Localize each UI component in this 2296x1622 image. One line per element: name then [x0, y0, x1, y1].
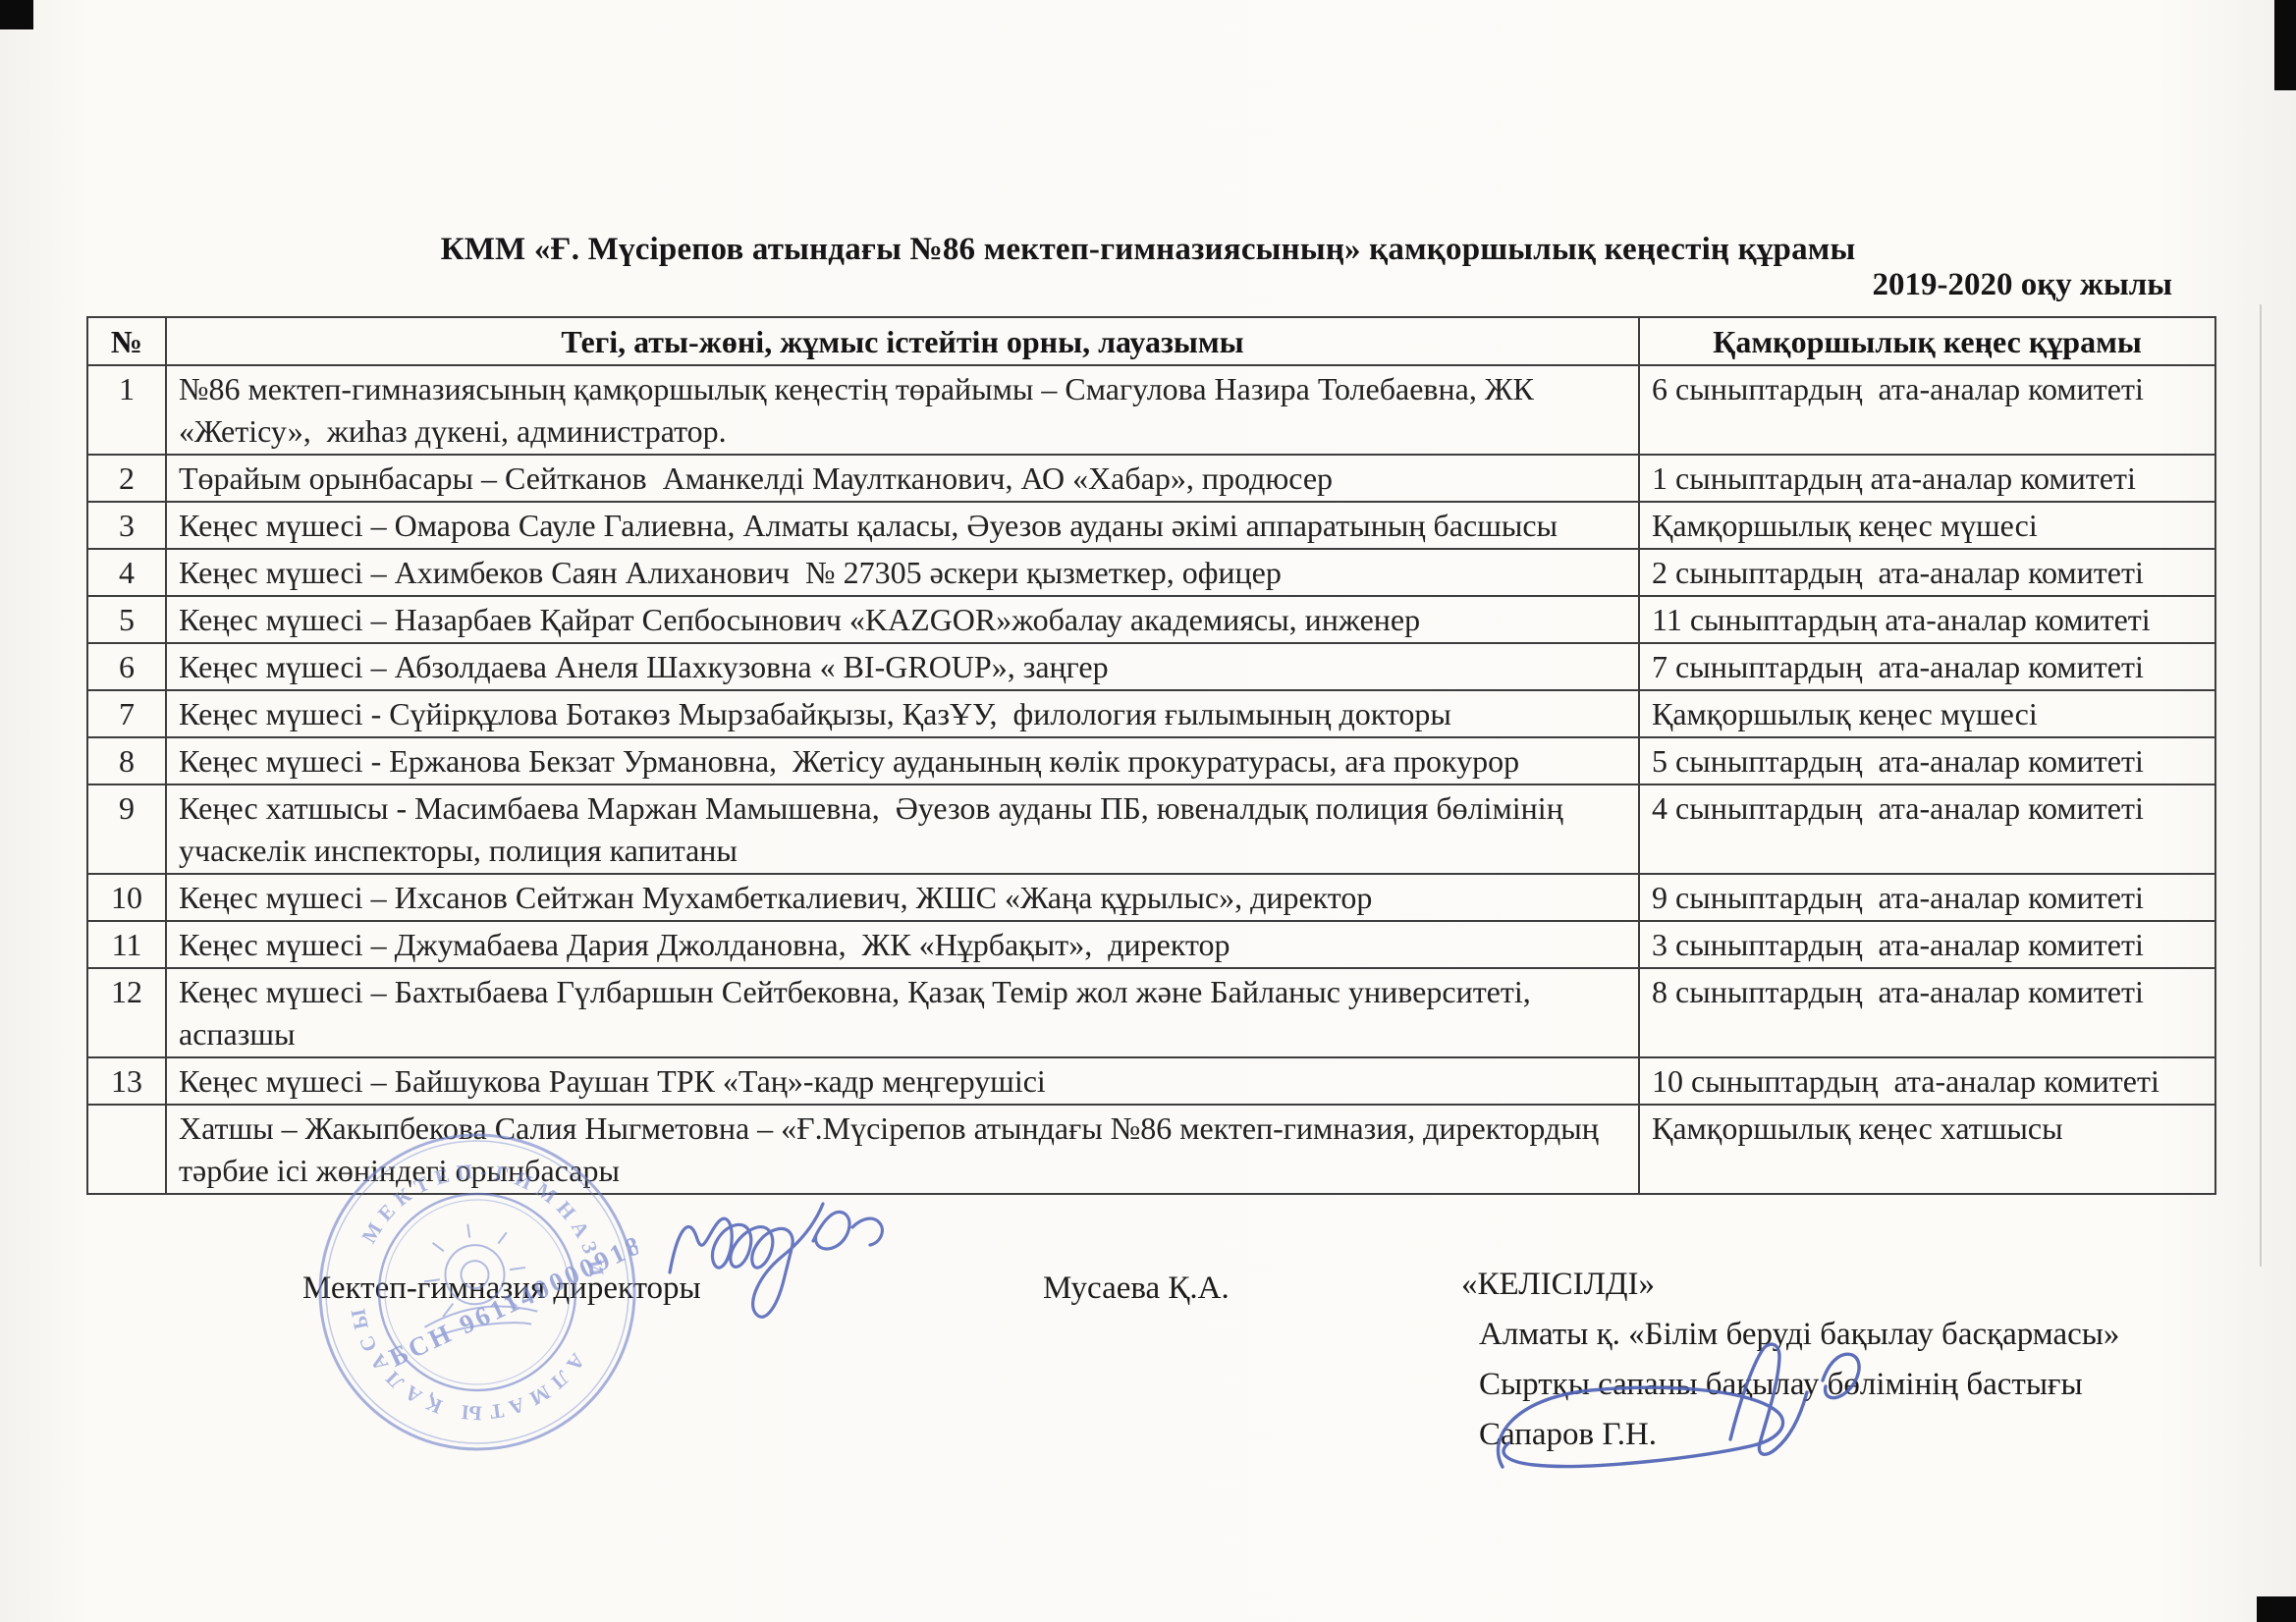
council-role-cell: 3 сыныптардың ата-аналар комитеті [1639, 921, 2215, 968]
scan-corner-mark-top-right [2274, 0, 2296, 90]
director-name: Мусаева Қ.А. [1043, 1271, 1230, 1307]
row-number-cell: 10 [87, 874, 166, 921]
table-row: 11 Кеңес мүшесі – Джумабаева Дария Джолд… [87, 921, 2215, 968]
row-number-cell: 13 [87, 1057, 166, 1105]
person-info-cell: Кеңес мүшесі – Ихсанов Сейтжан Мухамбетк… [166, 874, 1639, 921]
table-header-row: № Тегі, аты-жөні, жұмыс істейтін орны, л… [87, 317, 2215, 365]
header-person-info: Тегі, аты-жөні, жұмыс істейтін орны, лау… [166, 317, 1639, 365]
table-row: 3 Кеңес мүшесі – Омарова Сауле Галиевна,… [87, 502, 2215, 549]
row-number-cell: 5 [87, 596, 166, 643]
row-number-cell: 2 [87, 455, 166, 502]
person-info-cell: Кеңес мүшесі – Назарбаев Қайрат Сепбосын… [166, 596, 1639, 643]
row-number-cell: 1 [87, 365, 166, 455]
table-row: 13 Кеңес мүшесі – Байшукова Раушан ТРК «… [87, 1057, 2215, 1105]
council-role-cell: 8 сыныптардың ата-аналар комитеті [1639, 968, 2215, 1057]
council-role-cell: 2 сыныптардың ата-аналар комитеті [1639, 549, 2215, 596]
row-number-cell: 12 [87, 968, 166, 1057]
document-subtitle: 2019-2020 оқу жылы [1873, 267, 2172, 303]
council-role-cell: 1 сыныптардың ата-аналар комитеті [1639, 455, 2215, 502]
person-info-cell: Кеңес мүшесі – Ахимбеков Саян Алиханович… [166, 549, 1639, 596]
person-info-cell: Кеңес мүшесі – Джумабаева Дария Джолдано… [166, 921, 1639, 968]
scan-edge-line [2260, 304, 2262, 1267]
row-number-cell: 4 [87, 549, 166, 596]
person-info-cell: Кеңес мүшесі – Омарова Сауле Галиевна, А… [166, 502, 1639, 549]
scan-corner-mark-bottom-right [2257, 1596, 2296, 1622]
table-row: 9 Кеңес хатшысы - Масимбаева Маржан Мамы… [87, 784, 2215, 874]
table-row: 5 Кеңес мүшесі – Назарбаев Қайрат Сепбос… [87, 596, 2215, 643]
official-round-stamp: МЕКТЕП-ГИМНАЗИЯ АЛМАТЫ ҚАЛАСЫ [291, 1106, 663, 1478]
stamp-bsn-number: БСН 961140000918 [385, 1229, 648, 1373]
row-number-cell [87, 1105, 166, 1194]
table-row: 12 Кеңес мүшесі – Бахтыбаева Гүлбаршын С… [87, 968, 2215, 1057]
council-role-cell: 5 сыныптардың ата-аналар комитеті [1639, 737, 2215, 784]
table-row: 7 Кеңес мүшесі - Сүйірқұлова Ботакөз Мыр… [87, 690, 2215, 737]
council-role-cell: Қамқоршылық кеңес мүшесі [1639, 690, 2215, 737]
council-role-cell: 6 сыныптардың ата-аналар комитеті [1639, 365, 2215, 455]
row-number-cell: 9 [87, 784, 166, 874]
person-info-cell: Кеңес хатшысы - Масимбаева Маржан Мамыше… [166, 784, 1639, 874]
table-row: 8 Кеңес мүшесі - Ержанова Бекзат Урманов… [87, 737, 2215, 784]
agreed-label: «КЕЛІСІЛДІ» [1461, 1260, 2119, 1310]
person-info-cell: Кеңес мүшесі – Бахтыбаева Гүлбаршын Сейт… [166, 968, 1639, 1057]
council-role-cell: 9 сыныптардың ата-аналар комитеті [1639, 874, 2215, 921]
person-info-cell: №86 мектеп-гимназиясының қамқоршылық кең… [166, 365, 1639, 455]
table-row: 10 Кеңес мүшесі – Ихсанов Сейтжан Мухамб… [87, 874, 2215, 921]
council-role-cell: Қамқоршылық кеңес мүшесі [1639, 502, 2215, 549]
saparov-signature [1473, 1337, 1944, 1534]
council-role-cell: 4 сыныптардың ата-аналар комитеті [1639, 784, 2215, 874]
row-number-cell: 11 [87, 921, 166, 968]
table-row: 4 Кеңес мүшесі – Ахимбеков Саян Алиханов… [87, 549, 2215, 596]
council-role-cell: 10 сыныптардың ата-аналар комитеті [1639, 1057, 2215, 1105]
header-council-role: Қамқоршылық кеңес құрамы [1639, 317, 2215, 365]
council-role-cell: 11 сыныптардың ата-аналар комитеті [1639, 596, 2215, 643]
person-info-cell: Кеңес мүшесі - Сүйірқұлова Ботакөз Мырза… [166, 690, 1639, 737]
document-page: КММ «Ғ. Мүсірепов атындағы №86 мектеп-ги… [0, 0, 2296, 1622]
director-signature [656, 1178, 941, 1345]
row-number-cell: 6 [87, 643, 166, 690]
person-info-cell: Кеңес мүшесі – Байшукова Раушан ТРК «Таң… [166, 1057, 1639, 1105]
council-role-cell: 7 сыныптардың ата-аналар комитеті [1639, 643, 2215, 690]
row-number-cell: 3 [87, 502, 166, 549]
document-title: КММ «Ғ. Мүсірепов атындағы №86 мектеп-ги… [0, 232, 2296, 268]
person-info-cell: Төрайым орынбасары – Сейтканов Аманкелді… [166, 455, 1639, 502]
row-number-cell: 7 [87, 690, 166, 737]
table-row: 2 Төрайым орынбасары – Сейтканов Аманкел… [87, 455, 2215, 502]
row-number-cell: 8 [87, 737, 166, 784]
trustee-council-table: № Тегі, аты-жөні, жұмыс істейтін орны, л… [86, 316, 2216, 1195]
council-role-cell: Қамқоршылық кеңес хатшысы [1639, 1105, 2215, 1194]
scan-corner-mark-top-left [0, 0, 33, 29]
table-row: 6 Кеңес мүшесі – Абзолдаева Анеля Шахкуз… [87, 643, 2215, 690]
person-info-cell: Кеңес мүшесі – Абзолдаева Анеля Шахкузов… [166, 643, 1639, 690]
header-number: № [87, 317, 166, 365]
person-info-cell: Кеңес мүшесі - Ержанова Бекзат Урмановна… [166, 737, 1639, 784]
table-row: 1 №86 мектеп-гимназиясының қамқоршылық к… [87, 365, 2215, 455]
table-body: 1 №86 мектеп-гимназиясының қамқоршылық к… [87, 365, 2215, 1194]
